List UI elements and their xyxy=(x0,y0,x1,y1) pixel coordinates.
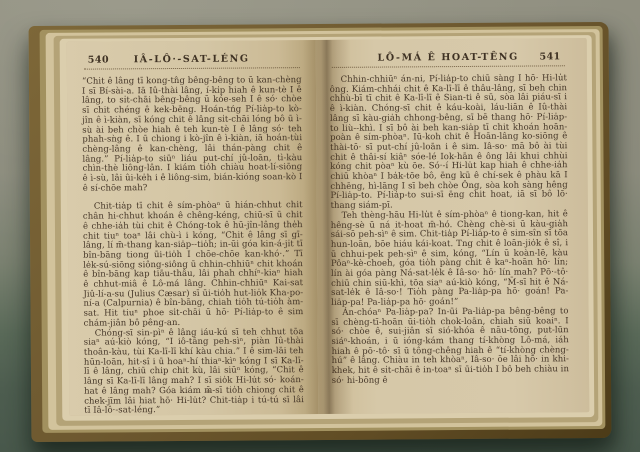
running-title-left: IÂ-LÔ·-SAT-LÉNG xyxy=(130,53,254,65)
paragraph: Chit-tia̍p tī chit ê sím-phòaⁿ ū hián-ch… xyxy=(83,202,304,330)
page-number-left: 540 xyxy=(88,54,130,65)
running-title-right: LÔ-MÁ Ê HOAT-TÊNG xyxy=(377,52,518,64)
paragraph: “Chit ê lâng tī kong-tn̂g bêng-bêng to ū… xyxy=(82,76,303,194)
paragraph: Teh thèng-hāu Hi-lu̍t ê sím-phòaⁿ ê tion… xyxy=(331,210,569,309)
paragraph: Chóng-sī sin-pìⁿ ê lâng iáu-kú sī teh ch… xyxy=(84,328,304,417)
header-rule-left xyxy=(84,67,300,70)
paragraph: Án-chóaⁿ Pa-lia̍p-pa? In-ūi Pa-lia̍p-pa … xyxy=(331,307,569,386)
page-left-header: 540 IÂ-LÔ·-SAT-LÉNG xyxy=(82,53,302,66)
ink-speck xyxy=(206,390,211,393)
paragraph: Chhin-chhiūⁿ án-ni, Pí-lia̍p-to chiū sàn… xyxy=(330,74,568,211)
open-book: 540 IÂ-LÔ·-SAT-LÉNG “Chit ê lâng tī kong… xyxy=(29,22,612,442)
page-right: LÔ-MÁ Ê HOAT-TÊNG 541 Chhin-chhiūⁿ án-ni… xyxy=(315,38,589,414)
page-spread: 540 IÂ-LÔ·-SAT-LÉNG “Chit ê lâng tī kong… xyxy=(67,38,590,416)
photo-background: 540 IÂ-LÔ·-SAT-LÉNG “Chit ê lâng tī kong… xyxy=(0,0,640,452)
page-number-right: 541 xyxy=(519,51,561,62)
page-right-header: LÔ-MÁ Ê HOAT-TÊNG 541 xyxy=(329,51,566,64)
page-left: 540 IÂ-LÔ·-SAT-LÉNG “Chit ê lâng tī kong… xyxy=(67,40,318,416)
header-rule-right xyxy=(332,65,565,68)
